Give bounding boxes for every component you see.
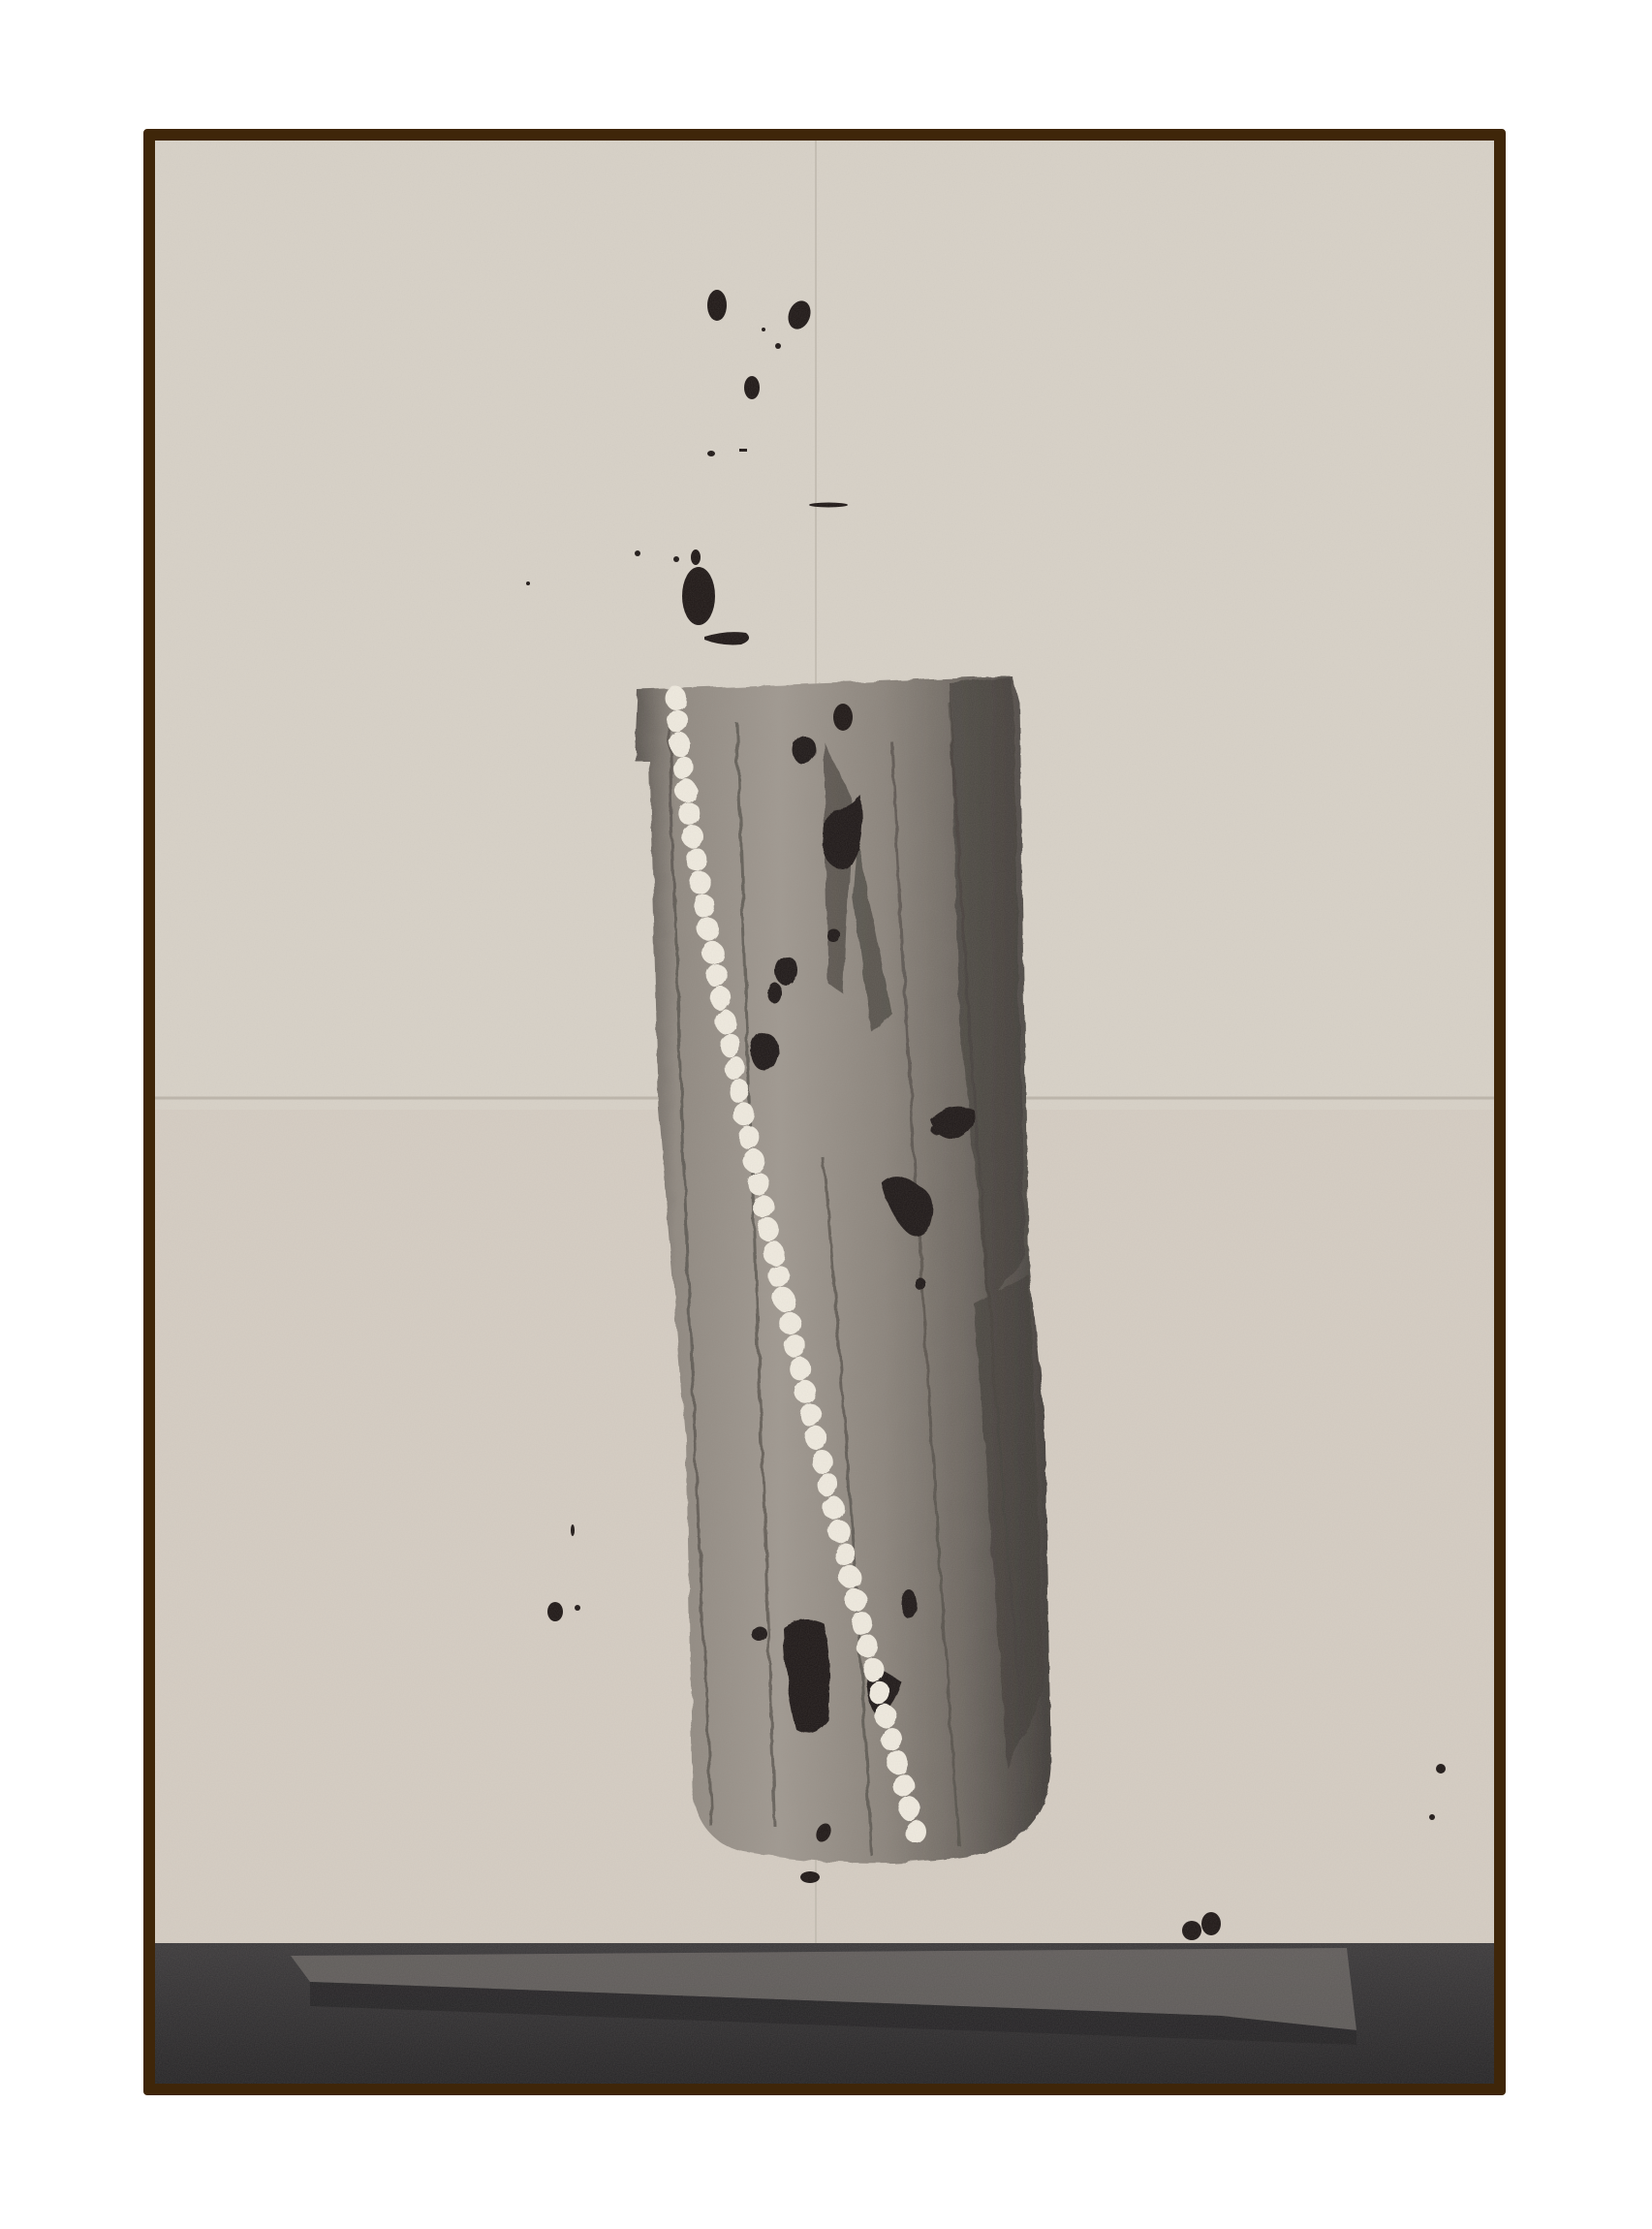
artwork-print [155,141,1494,2084]
picture-frame [143,129,1506,2095]
